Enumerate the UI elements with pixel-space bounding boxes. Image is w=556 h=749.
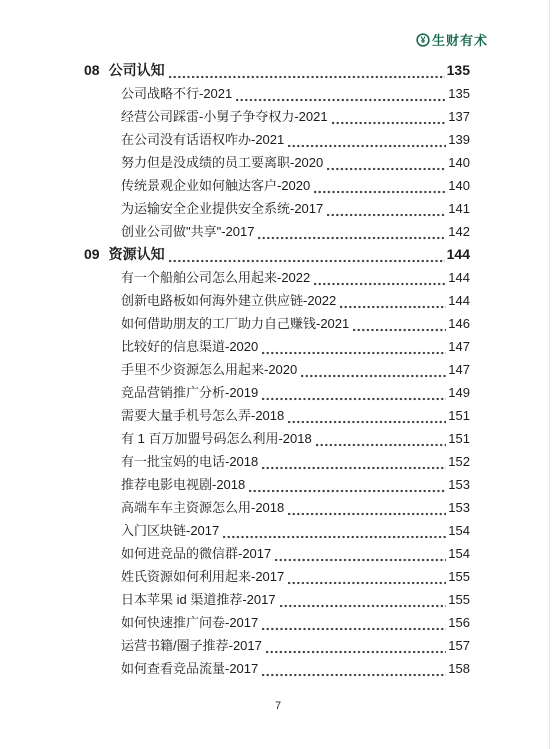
dotted-leader — [353, 328, 446, 332]
toc-page-number: 149 — [448, 385, 470, 400]
dotted-leader — [262, 673, 446, 677]
toc-entry[interactable]: 有 1 百万加盟号码怎么利用-2018151 — [84, 428, 470, 451]
toc-entry-title: 为运输安全企业提供安全系统-2017 — [121, 198, 323, 217]
toc-page-number: 154 — [448, 546, 470, 561]
toc-entry-title: 竞品营销推广分析-2019 — [121, 382, 258, 401]
toc-entry[interactable]: 入门区块链-2017154 — [84, 520, 470, 543]
toc-entry-title: 公司战略不行-2021 — [121, 83, 232, 102]
toc-entry[interactable]: 日本苹果 id 渠道推荐-2017155 — [84, 589, 470, 612]
dotted-leader — [275, 558, 446, 562]
toc-entry[interactable]: 公司战略不行-2021135 — [84, 83, 470, 106]
dotted-leader — [223, 535, 446, 539]
dotted-leader — [316, 443, 447, 447]
toc-entry-title: 创新电路板如何海外建立供应链-2022 — [121, 290, 336, 309]
toc-page-number: 142 — [448, 224, 470, 239]
toc-entry[interactable]: 如何查看竞品流量-2017158 — [84, 658, 470, 681]
toc-entry-title: 运营书籍/圈子推荐-2017 — [121, 635, 262, 654]
page-number: 7 — [275, 700, 281, 712]
toc-entry-title: 有一批宝妈的电话-2018 — [121, 451, 258, 470]
toc-entry-title: 如何借助朋友的工厂助力自己赚钱-2021 — [121, 313, 349, 332]
toc-page-number: 147 — [448, 362, 470, 377]
toc-entry[interactable]: 如何借助朋友的工厂助力自己赚钱-2021146 — [84, 313, 470, 336]
dotted-leader — [288, 581, 446, 585]
toc-page-number: 152 — [448, 454, 470, 469]
dotted-leader — [288, 512, 446, 516]
yen-circle-icon: ¥ — [416, 33, 430, 47]
dotted-leader — [327, 213, 446, 217]
toc-entry-title: 需要大量手机号怎么弄-2018 — [121, 405, 284, 424]
toc-entry[interactable]: 创新电路板如何海外建立供应链-2022144 — [84, 290, 470, 313]
toc-entry[interactable]: 有一批宝妈的电话-2018152 — [84, 451, 470, 474]
toc-entry-title: 创业公司做"共享"-2017 — [121, 221, 254, 240]
toc-page-number: 156 — [448, 615, 470, 630]
toc-page-number: 154 — [448, 523, 470, 538]
toc-section-name: 公司认知 — [109, 62, 165, 78]
toc-section-number: 09 — [84, 246, 100, 262]
dotted-leader — [262, 627, 446, 631]
toc-page-number: 139 — [448, 132, 470, 147]
toc-page-number: 155 — [448, 592, 470, 607]
dotted-leader — [314, 282, 446, 286]
dotted-leader — [288, 420, 446, 424]
toc-entry[interactable]: 需要大量手机号怎么弄-2018151 — [84, 405, 470, 428]
toc-entry[interactable]: 姓氏资源如何利用起来-2017155 — [84, 566, 470, 589]
toc-entry-title: 手里不少资源怎么用起来-2020 — [121, 359, 297, 378]
page-footer: 7 — [0, 700, 556, 712]
toc-section-header[interactable]: 09资源认知144 — [84, 244, 470, 267]
toc-entry-title: 推荐电影电视剧-2018 — [121, 474, 245, 493]
table-of-contents: 08公司认知135公司战略不行-2021135经营公司踩雷-小舅子争夺权力-20… — [84, 60, 470, 681]
dotted-leader — [332, 121, 447, 125]
svg-text:¥: ¥ — [421, 35, 426, 45]
toc-page-number: 141 — [448, 201, 470, 216]
toc-page-number: 147 — [448, 339, 470, 354]
dotted-leader — [327, 167, 446, 171]
toc-page-number: 158 — [448, 661, 470, 676]
dotted-leader — [288, 144, 446, 148]
dotted-leader — [280, 604, 447, 608]
toc-entry-title: 姓氏资源如何利用起来-2017 — [121, 566, 284, 585]
toc-entry[interactable]: 为运输安全企业提供安全系统-2017141 — [84, 198, 470, 221]
toc-entry-title: 日本苹果 id 渠道推荐-2017 — [121, 589, 276, 608]
toc-page-number: 146 — [448, 316, 470, 331]
dotted-leader — [258, 236, 446, 240]
toc-section-number: 08 — [84, 62, 100, 78]
toc-entry[interactable]: 竞品营销推广分析-2019149 — [84, 382, 470, 405]
toc-entry[interactable]: 有一个船舶公司怎么用起来-2022144 — [84, 267, 470, 290]
toc-entry-title: 传统景观企业如何触达客户-2020 — [121, 175, 310, 194]
toc-entry[interactable]: 高端车车主资源怎么用-2018153 — [84, 497, 470, 520]
brand-logo: ¥ 生财有术 — [416, 30, 488, 49]
toc-page-number: 151 — [448, 408, 470, 423]
toc-entry-title: 高端车车主资源怎么用-2018 — [121, 497, 284, 516]
toc-page-number: 144 — [448, 270, 470, 285]
page-edge-divider — [549, 0, 550, 749]
dotted-leader — [262, 466, 446, 470]
toc-entry-title: 如何快速推广问卷-2017 — [121, 612, 258, 631]
toc-page-number: 153 — [448, 500, 470, 515]
dotted-leader — [169, 75, 445, 79]
dotted-leader — [301, 374, 446, 378]
toc-page-number: 151 — [448, 431, 470, 446]
toc-page-number: 135 — [447, 62, 470, 78]
dotted-leader — [314, 190, 446, 194]
dotted-leader — [266, 650, 446, 654]
toc-page-number: 144 — [448, 293, 470, 308]
toc-entry[interactable]: 传统景观企业如何触达客户-2020140 — [84, 175, 470, 198]
brand-name: 生财有术 — [432, 30, 488, 49]
toc-section-name: 资源认知 — [109, 246, 165, 262]
toc-entry[interactable]: 经营公司踩雷-小舅子争夺权力-2021137 — [84, 106, 470, 129]
toc-page-number: 155 — [448, 569, 470, 584]
toc-section-title: 09资源认知 — [84, 244, 165, 264]
toc-entry-title: 有 1 百万加盟号码怎么利用-2018 — [121, 428, 312, 447]
toc-page: ¥ 生财有术 08公司认知135公司战略不行-2021135经营公司踩雷-小舅子… — [0, 0, 556, 749]
toc-entry[interactable]: 创业公司做"共享"-2017142 — [84, 221, 470, 244]
toc-page-number: 140 — [448, 155, 470, 170]
toc-page-number: 157 — [448, 638, 470, 653]
toc-entry-title: 如何进竞品的微信群-2017 — [121, 543, 271, 562]
toc-page-number: 135 — [448, 86, 470, 101]
toc-page-number: 144 — [447, 246, 470, 262]
dotted-leader — [236, 98, 446, 102]
dotted-leader — [262, 351, 446, 355]
dotted-leader — [340, 305, 446, 309]
toc-entry[interactable]: 如何进竞品的微信群-2017154 — [84, 543, 470, 566]
toc-entry-title: 比较好的信息渠道-2020 — [121, 336, 258, 355]
toc-entry[interactable]: 运营书籍/圈子推荐-2017157 — [84, 635, 470, 658]
dotted-leader — [262, 397, 446, 401]
toc-entry[interactable]: 推荐电影电视剧-2018153 — [84, 474, 470, 497]
toc-entry-title: 如何查看竞品流量-2017 — [121, 658, 258, 677]
dotted-leader — [169, 259, 445, 263]
toc-section-header[interactable]: 08公司认知135 — [84, 60, 470, 83]
toc-entry-title: 有一个船舶公司怎么用起来-2022 — [121, 267, 310, 286]
toc-entry[interactable]: 比较好的信息渠道-2020147 — [84, 336, 470, 359]
toc-entry[interactable]: 在公司没有话语权咋办-2021139 — [84, 129, 470, 152]
toc-entry-title: 入门区块链-2017 — [121, 520, 219, 539]
toc-entry-title: 经营公司踩雷-小舅子争夺权力-2021 — [121, 106, 328, 125]
toc-entry[interactable]: 努力但是没成绩的员工要离职-2020140 — [84, 152, 470, 175]
toc-entry[interactable]: 手里不少资源怎么用起来-2020147 — [84, 359, 470, 382]
dotted-leader — [249, 489, 446, 493]
toc-page-number: 137 — [448, 109, 470, 124]
toc-entry-title: 在公司没有话语权咋办-2021 — [121, 129, 284, 148]
toc-entry-title: 努力但是没成绩的员工要离职-2020 — [121, 152, 323, 171]
toc-page-number: 153 — [448, 477, 470, 492]
toc-section-title: 08公司认知 — [84, 60, 165, 80]
toc-page-number: 140 — [448, 178, 470, 193]
toc-entry[interactable]: 如何快速推广问卷-2017156 — [84, 612, 470, 635]
